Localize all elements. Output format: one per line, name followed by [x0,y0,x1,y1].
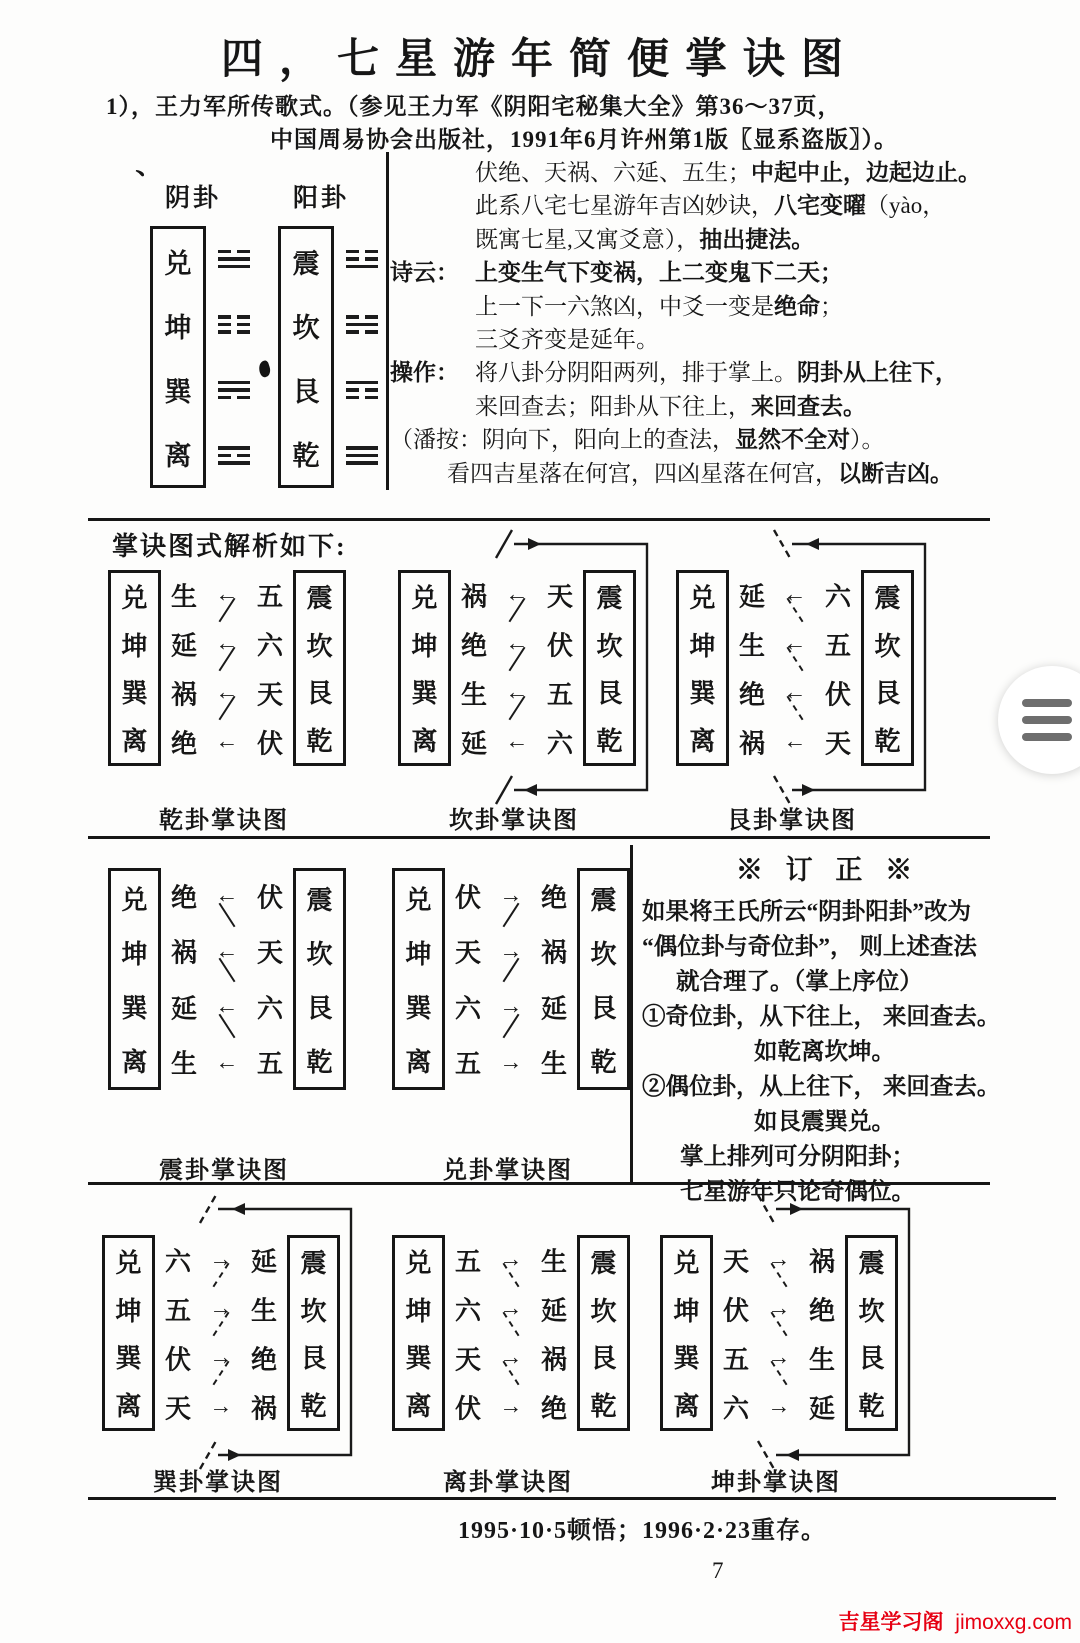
yang-box: 震坎艮乾 [577,868,630,1090]
trigram-name: 坤 [689,626,715,663]
mapping-right: 绝 [541,1388,567,1425]
mapping-left: 伏 [455,1388,481,1425]
arrow-right-icon: → [210,1247,233,1273]
mapping-left: 绝 [171,877,197,914]
horizontal-rule [88,1182,990,1185]
solid-line [218,446,250,450]
diagram-caption: 艮卦掌诀图 [666,800,918,835]
diagonal-connector [737,658,853,660]
mapping-left: 祸 [739,723,765,760]
mapping-right: 伏 [547,625,573,662]
mapping-row: 绝←伏 [171,877,283,914]
trigram-name: 巽 [121,988,147,1025]
mapping-left: 延 [739,576,765,613]
intro-text-segment: 伏绝、天祸、六延、五生； [475,156,751,189]
mapping-left: 生 [171,1044,197,1081]
solid-line [218,381,250,385]
mapping-right: 生 [541,1241,567,1278]
mapping-row: 绝←伏 [171,723,283,760]
correction-line: 如果将王氏所云“阴卦阳卦”改为 [642,895,1014,930]
trigram-name: 乾 [293,434,320,473]
diagram-caption: 兑卦掌诀图 [382,1150,634,1185]
analysis-heading: 掌诀图式解析如下: [112,526,347,563]
mapping-left: 伏 [723,1290,749,1327]
trigram-name: 巽 [121,673,147,710]
trigram-name: 震 [306,578,332,615]
arrow-right-icon: → [500,994,523,1020]
diagonal-connector [721,1274,837,1276]
arrow-right-icon: → [768,1345,791,1371]
trigram-name: 兑 [121,880,147,917]
trigram-name: 震 [293,242,320,281]
arrow-right-icon: → [210,1296,233,1322]
兑-trigram-icon [218,250,252,269]
correction-line: “偶位卦与奇位卦”， 则上述查法 [642,930,1014,965]
trigram-symbols [346,226,380,488]
trigram-name: 震 [590,880,616,917]
trigram-name: 乾 [590,1386,616,1423]
trigram-name: 离 [121,721,147,758]
document-page: 四，七星游年简便掌诀图 1），王力军所传歌式。（参见王力军《阴阳宅秘集大全》第3… [0,0,1080,1643]
menu-button[interactable] [998,666,1080,774]
mapping-left: 祸 [461,576,487,613]
diagonal-connector [169,969,285,971]
diagram-body: 兑坤巽离生←五延←六祸←天绝←伏震坎艮乾 [108,570,340,766]
mapping-column: 伏→绝天→祸六→延五→生 [453,868,569,1090]
trigram-name: 坤 [121,934,147,971]
arrow-left-icon: ← [506,582,529,608]
mapping-row: 祸←天 [171,933,283,970]
footer-date: 1995·10·5顿悟；1996·2·23重存。 [458,1510,826,1545]
diagonal-connector [737,707,853,709]
diagram-caption: 乾卦掌诀图 [98,800,350,835]
intro-text-segment: 三爻齐变是延年。 [475,323,659,356]
solid-line [218,461,250,465]
diagonal-connector [459,707,575,709]
mapping-right: 五 [257,1044,283,1081]
broken-line [346,315,378,319]
trigram-name: 坤 [115,1291,141,1328]
broken-line [346,257,378,261]
watermark-site-name: 吉星学习阁 [838,1611,943,1634]
mapping-right: 绝 [251,1339,277,1376]
vertical-divider [630,845,633,1185]
page-number: 7 [712,1558,724,1584]
arrow-right-icon: → [500,1247,523,1273]
diagram-caption: 坤卦掌诀图 [650,1462,902,1497]
trigram-name: 离 [165,434,192,473]
solid-line [218,388,250,392]
intro-line-label: 操作： [390,356,475,389]
mapping-left: 五 [455,1241,481,1278]
mapping-row: 五→生 [455,1044,567,1081]
乾-trigram-icon [346,446,380,465]
trigram-name: 离 [405,1386,431,1423]
mapping-right: 绝 [809,1290,835,1327]
mapping-column: 天→祸伏→绝五→生六→延 [721,1235,837,1431]
mapping-right: 延 [541,1290,567,1327]
mapping-left: 六 [455,1290,481,1327]
trigram-name: 震 [590,1243,616,1280]
arrow-right-icon: → [768,1247,791,1273]
arrow-left-icon: ← [216,680,239,706]
mapping-right: 五 [257,576,283,613]
yang-box: 震坎艮乾 [293,570,346,766]
mapping-column: 绝←伏祸←天延←六生←五 [169,868,285,1090]
mapping-left: 生 [461,674,487,711]
mapping-row: 生←五 [171,1044,283,1081]
arrow-right-icon: → [500,1394,523,1420]
yin-box: 兑坤巽离 [392,868,445,1090]
diagonal-connector [163,1323,279,1325]
mapping-column: 延←六生←五绝←伏祸←天 [737,570,853,766]
correction-line: ②偶位卦，从上往下， 来回查去。 [642,1070,1014,1105]
trigram-name: 艮 [306,988,332,1025]
trigram-name: 离 [405,1042,431,1079]
arrow-left-icon: ← [506,631,529,657]
diagram-caption: 坎卦掌诀图 [388,800,640,835]
correction-block: ※ 订 正 ※ 如果将王氏所云“阴卦阳卦”改为“偶位卦与奇位卦”， 则上述查法就… [642,848,1014,1210]
yin-box: 兑坤巽离 [676,570,729,766]
离-trigram-icon [218,446,252,465]
horizontal-rule [88,518,990,521]
watermark-site-url: jimoxxg.com [955,1611,1072,1634]
trigram-name: 坤 [411,626,437,663]
艮-trigram-icon [346,381,380,400]
trigram-name: 兑 [121,578,147,615]
mapping-left: 祸 [171,674,197,711]
intro-text-segment: 上一下一六煞凶，中爻一变是 [475,290,774,323]
trigram-name-box: 兑坤巽离 [150,226,206,488]
trigram-name: 兑 [405,1243,431,1280]
兑卦-palm-diagram: 兑坤巽离伏→绝天→祸六→延五→生震坎艮乾兑卦掌诀图 [392,868,624,1090]
intro-text-segment: 既寓七星,又寓爻意）， [475,223,699,256]
broken-line [218,396,250,400]
mapping-left: 绝 [739,674,765,711]
arrow-left-icon: ← [216,729,239,755]
diagonal-connector [453,1025,569,1027]
mapping-right: 五 [825,625,851,662]
arrow-right-icon: → [500,1345,523,1371]
diagonal-connector [453,1372,569,1374]
mapping-row: 天→祸 [455,933,567,970]
subtitle-line-2: 中国周易协会出版社，1991年6月许州第1版〖显系盗版〗）。 [270,121,898,154]
trigram-name: 坤 [121,626,147,663]
trigram-name: 兑 [165,242,192,281]
intro-line: 上一下一六煞凶，中爻一变是绝命； [390,290,1018,323]
震卦-palm-diagram: 兑坤巽离绝←伏祸←天延←六生←五震坎艮乾震卦掌诀图 [108,868,340,1090]
mapping-column: 生←五延←六祸←天绝←伏 [169,570,285,766]
trigram-name: 离 [689,721,715,758]
trigram-name: 坤 [405,1291,431,1328]
trigram-name: 乾 [306,721,332,758]
arrow-left-icon: ← [216,582,239,608]
mapping-right: 伏 [825,674,851,711]
intro-line-label: 诗云： [390,256,475,289]
intro-text-segment: 来回查去；阳卦从下往上， [475,390,751,423]
intro-text-segment: 看四吉星落在何宫，四凶星落在何宫， [447,457,838,490]
trigram-name: 坎 [306,626,332,663]
mapping-left: 天 [723,1241,749,1278]
vertical-divider [386,152,389,490]
diagonal-connector [459,609,575,611]
mapping-left: 六 [455,988,481,1025]
yin-box: 兑坤巽离 [660,1235,713,1431]
trigram-name: 震 [306,880,332,917]
intro-text-segment: （yào， [866,189,945,222]
intro-text-segment: 阴卦从上往下， [797,356,958,389]
subtitle-line-1: 1），王力军所传歌式。（参见王力军《阴阳宅秘集大全》第36～37页， [106,88,842,121]
trigram-name: 兑 [115,1243,141,1280]
column-body: 兑坤巽离 [150,226,252,488]
diagram-caption: 离卦掌诀图 [382,1462,634,1497]
horizontal-rule [88,836,990,839]
trigram-name: 乾 [590,1042,616,1079]
intro-line: （潘按：阴向下，阳向上的查法，显然不全对）。 [390,423,1018,456]
broken-line [218,454,250,458]
broken-line [218,315,250,319]
bagua-panel: 阴卦兑坤巽离阳卦震坎艮乾 [150,178,380,488]
solid-line [346,454,378,458]
mapping-left: 伏 [455,877,481,914]
intro-text-segment: 中起中止，边起边止。 [751,156,981,189]
mapping-left: 延 [461,723,487,760]
diagram-caption: 巽卦掌诀图 [92,1462,344,1497]
intro-text-block: 伏绝、天祸、六延、五生；中起中止，边起边止。此系八宅七星游年吉凶妙诀，八宅变曜（… [390,156,1018,490]
solid-line [346,446,378,450]
trigram-name: 离 [115,1386,141,1423]
yin-box: 兑坤巽离 [108,868,161,1090]
intro-line: 来回查去；阳卦从下往上， 来回查去。 [390,390,1018,423]
mapping-left: 五 [723,1339,749,1376]
diagonal-connector [453,969,569,971]
diagonal-connector [453,914,569,916]
mapping-left: 祸 [171,933,197,970]
solid-line [218,257,250,261]
trigram-name: 坎 [293,306,320,345]
yin-box: 兑坤巽离 [102,1235,155,1431]
correction-line: 掌上排列可分阴阳卦； [642,1140,1014,1175]
mapping-right: 生 [251,1290,277,1327]
mapping-right: 生 [541,1044,567,1081]
solid-line [346,265,378,269]
mapping-right: 六 [257,625,283,662]
mapping-row: 延←六 [461,723,573,760]
intro-text-segment: 来回查去。 [751,390,866,423]
arrow-left-icon: ← [784,582,807,608]
trigram-name-box: 震坎艮乾 [278,226,334,488]
trigram-symbols [218,226,252,488]
mapping-row: 伏→绝 [455,1388,567,1425]
correction-line: 如乾离坎坤。 [642,1035,1014,1070]
correction-lines: 如果将王氏所云“阴卦阳卦”改为“偶位卦与奇位卦”， 则上述查法就合理了。（掌上序… [642,895,1014,1210]
intro-line: 操作：将八卦分阴阳两列，排于掌上。阴卦从上往下， [390,356,1018,389]
intro-line: 诗云：上变生气下变祸，上二变鬼下二天； [390,256,1018,289]
yin-box: 兑坤巽离 [108,570,161,766]
diagonal-connector [163,1274,279,1276]
trigram-name: 兑 [411,578,437,615]
trigram-name: 坤 [165,306,192,345]
intro-text-segment: ； [820,290,843,323]
trigram-name: 兑 [405,880,431,917]
intro-line: 此系八宅七星游年吉凶妙诀，八宅变曜（yào， [390,189,1018,222]
mapping-left: 延 [171,988,197,1025]
trigram-name: 巽 [673,1338,699,1375]
broken-line [218,330,250,334]
mapping-left: 天 [455,1339,481,1376]
arrow-left-icon: ← [784,631,807,657]
arrow-left-icon: ← [216,631,239,657]
mapping-right: 延 [251,1241,277,1278]
trigram-name: 艮 [590,1338,616,1375]
trigram-name: 坤 [673,1291,699,1328]
diagonal-connector [169,609,285,611]
intro-text-segment: 抽出捷法。 [699,223,814,256]
mapping-right: 五 [547,674,573,711]
horizontal-rule [88,1497,1056,1500]
correction-line: 七星游年只论奇偶位。 [642,1175,1014,1210]
trigram-name: 兑 [689,578,715,615]
broken-line [218,323,250,327]
trigram-name: 坎 [590,1291,616,1328]
trigram-name: 艮 [293,370,320,409]
mapping-left: 六 [165,1241,191,1278]
mapping-left: 绝 [171,723,197,760]
intro-text-segment: 显然不全对 [735,423,850,456]
mapping-left: 五 [455,1044,481,1081]
mapping-row: 六→延 [455,988,567,1025]
column-header: 阳卦 [278,178,364,214]
mapping-left: 六 [723,1388,749,1425]
巽-trigram-icon [218,381,252,400]
solid-line [346,323,378,327]
diagram-caption: 震卦掌诀图 [98,1150,350,1185]
mapping-left: 生 [171,576,197,613]
arrow-right-icon: → [500,883,523,909]
arrow-left-icon: ← [506,680,529,706]
trigram-name: 艮 [306,673,332,710]
坤卦-palm-diagram: 兑坤巽离天→祸伏→绝五→生六→延震坎艮乾坤卦掌诀图 [660,1235,892,1431]
mapping-column: 祸←天绝←伏生←五延←六 [459,570,575,766]
mapping-right: 天 [825,723,851,760]
intro-line: 既寓七星,又寓爻意），抽出捷法。 [390,223,1018,256]
diagonal-connector [169,914,285,916]
intro-line: 看四吉星落在何宫，四凶星落在何宫， 以断吉凶。 [390,457,1018,490]
trigram-name: 乾 [306,1042,332,1079]
坎卦-palm-diagram: 兑坤巽离祸←天绝←伏生←五延←六震坎艮乾坎卦掌诀图 [398,570,630,766]
diagonal-connector [459,658,575,660]
arrow-left-icon: ← [784,680,807,706]
arrow-right-icon: → [210,1394,233,1420]
yang-box: 震坎艮乾 [577,1235,630,1431]
mapping-right: 伏 [257,877,283,914]
mapping-left: 天 [455,933,481,970]
correction-line: 就合理了。（掌上序位） [642,965,1014,1000]
diagram-body: 兑坤巽离伏→绝天→祸六→延五→生震坎艮乾 [392,868,624,1090]
diagonal-connector [721,1372,837,1374]
correction-line: 如艮震巽兑。 [642,1105,1014,1140]
trigram-name: 坤 [405,934,431,971]
离卦-palm-diagram: 兑坤巽离五→生六→延天→祸伏→绝震坎艮乾离卦掌诀图 [392,1235,624,1431]
column-body: 震坎艮乾 [278,226,380,488]
trigram-name: 巽 [689,673,715,710]
intro-text-segment: （潘按：阴向下，阳向上的查法， [390,423,735,456]
diagonal-connector [453,1274,569,1276]
intro-text-segment: ）。 [850,423,885,456]
mapping-right: 祸 [251,1388,277,1425]
trigram-name: 巽 [405,1338,431,1375]
diagonal-connector [169,1025,285,1027]
mapping-left: 生 [739,625,765,662]
diagram-body: 兑坤巽离五→生六→延天→祸伏→绝震坎艮乾 [392,1235,624,1431]
page-title: 四，七星游年简便掌诀图 [0,26,1080,86]
diagram-body: 兑坤巽离绝←伏祸←天延←六生←五震坎艮乾 [108,868,340,1090]
intro-text-segment: 上变生气下变祸，上二变鬼下二天； [475,256,843,289]
watermark: 吉星学习阁 jimoxxg.com [838,1606,1072,1636]
mapping-row: 伏→绝 [455,877,567,914]
坤-trigram-icon [218,315,252,334]
mapping-right: 祸 [809,1241,835,1278]
intro-text-segment: 以断吉凶。 [838,457,953,490]
mapping-right: 天 [257,933,283,970]
diagonal-connector [721,1323,837,1325]
mapping-right: 生 [809,1339,835,1376]
yang-box: 震坎艮乾 [293,868,346,1090]
trigram-name: 巽 [411,673,437,710]
mapping-right: 天 [257,674,283,711]
震-trigram-icon [346,250,380,269]
mapping-column: 五→生六→延天→祸伏→绝 [453,1235,569,1431]
arrow-right-icon: → [768,1296,791,1322]
intro-text-segment: 将八卦分阴阳两列，排于掌上。 [475,356,797,389]
trigram-name: 巽 [165,370,192,409]
mapping-right: 天 [547,576,573,613]
trigram-name: 兑 [673,1243,699,1280]
mapping-right: 六 [825,576,851,613]
column-header: 阴卦 [150,178,236,214]
mapping-right: 延 [809,1388,835,1425]
arrow-right-icon: → [500,938,523,964]
trigram-name: 坎 [590,934,616,971]
mapping-right: 祸 [541,1339,567,1376]
mapping-row: 天→祸 [165,1388,277,1425]
arrow-left-icon: ← [506,729,529,755]
巽卦-palm-diagram: 兑坤巽离六→延五→生伏→绝天→祸震坎艮乾巽卦掌诀图 [102,1235,334,1431]
乾卦-palm-diagram: 兑坤巽离生←五延←六祸←天绝←伏震坎艮乾乾卦掌诀图 [108,570,340,766]
arrow-right-icon: → [500,1049,523,1075]
arrow-left-icon: ← [216,1049,239,1075]
intro-text-segment: 此系八宅七星游年吉凶妙诀， [475,189,774,222]
艮卦-palm-diagram: 兑坤巽离延←六生←五绝←伏祸←天震坎艮乾艮卦掌诀图 [676,570,908,766]
mapping-right: 绝 [541,877,567,914]
correction-title: ※ 订 正 ※ [642,848,1014,887]
arrow-right-icon: → [210,1345,233,1371]
坎-trigram-icon [346,315,380,334]
trigram-name: 坎 [306,934,332,971]
yin-box: 兑坤巽离 [398,570,451,766]
solid-line [346,381,378,385]
intro-line: 伏绝、天祸、六延、五生；中起中止，边起边止。 [390,156,1018,189]
trigram-name: 离 [121,1042,147,1079]
mapping-left: 延 [171,625,197,662]
intro-text-segment: 八宅变曜 [774,189,866,222]
solid-line [218,265,250,269]
yang-trigram-column: 阳卦震坎艮乾 [278,178,380,488]
trigram-name: 艮 [590,988,616,1025]
tick-mark: 、 [131,142,163,183]
mapping-row: 延←六 [171,988,283,1025]
diagonal-connector [737,609,853,611]
